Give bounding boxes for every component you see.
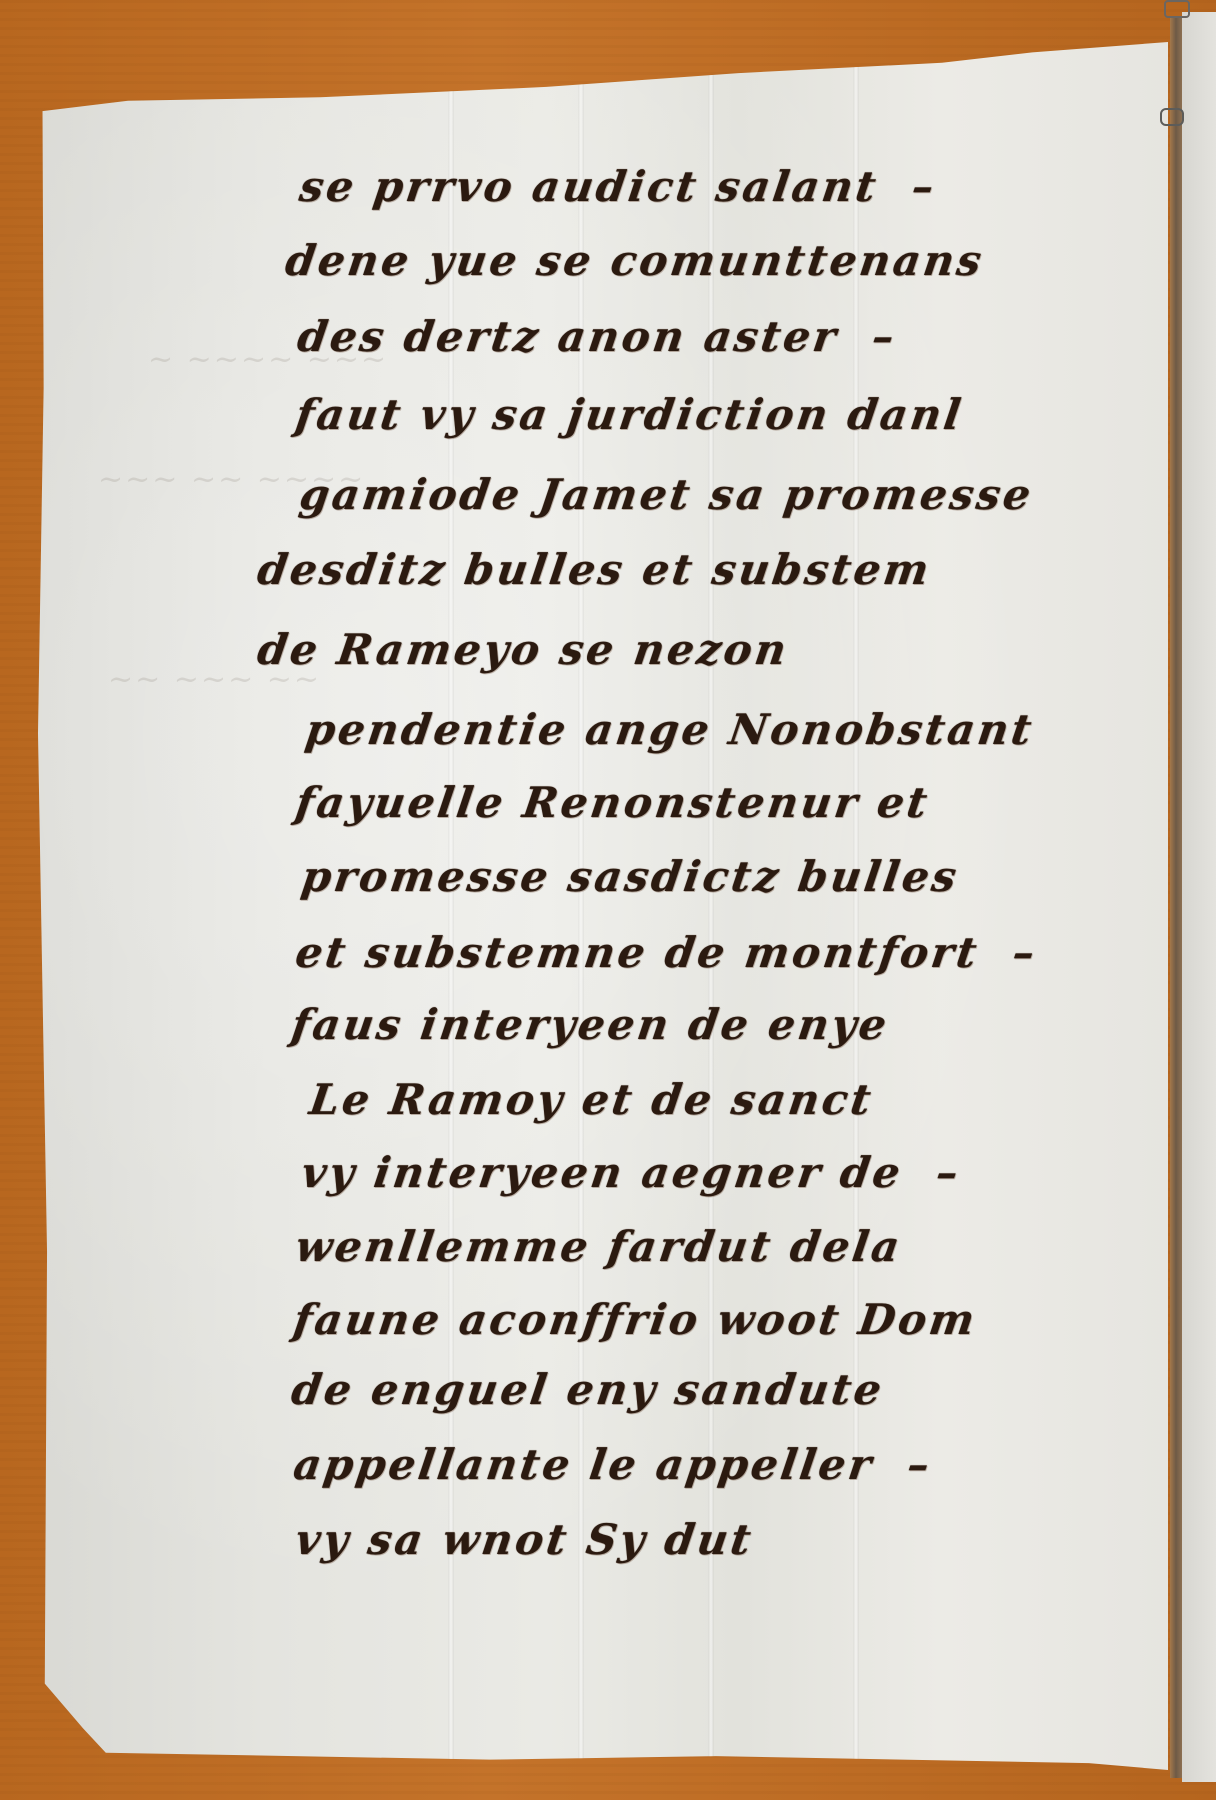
manuscript-line: de enguel eny sandute (289, 1365, 888, 1414)
manuscript-line: dene yue se comunttenans (283, 236, 988, 285)
manuscript-line: se prrvo audict salant– (297, 162, 940, 211)
manuscript-line: promesse sasdictz bulles (299, 852, 963, 901)
manuscript-line: desditz bulles et substem (255, 545, 935, 594)
manuscript-line: wenllemme fardut dela (293, 1222, 906, 1271)
manuscript-line: de Rameyo se nezon (255, 625, 793, 674)
manuscript-line: des dertz anon aster– (295, 312, 900, 361)
manuscript-line: Le Ramoy et de sanct (307, 1075, 877, 1124)
manuscript-line: appellante le appeller– (291, 1440, 936, 1489)
manuscript-line: gamiode Jamet sa promesse (297, 470, 1037, 519)
manuscript-line: pendentie ange Nonobstant (303, 705, 1038, 754)
manuscript-line: vy interyeen aegner de– (299, 1148, 964, 1197)
manuscript-line: faus interyeen de enye (289, 1000, 893, 1049)
manuscript-line: fayuelle Renonstenur et (293, 778, 934, 827)
manuscript-line: faut vy sa jurdiction danl (293, 390, 967, 439)
manuscript-line: et substemne de montfort– (293, 928, 1041, 977)
manuscript-line: faune aconffrio woot Dom (291, 1295, 981, 1344)
manuscript-line: vy sa wnot Sy dut (293, 1515, 757, 1564)
handwritten-text-block: se prrvo audict salant– dene yue se comu… (0, 0, 1216, 1800)
